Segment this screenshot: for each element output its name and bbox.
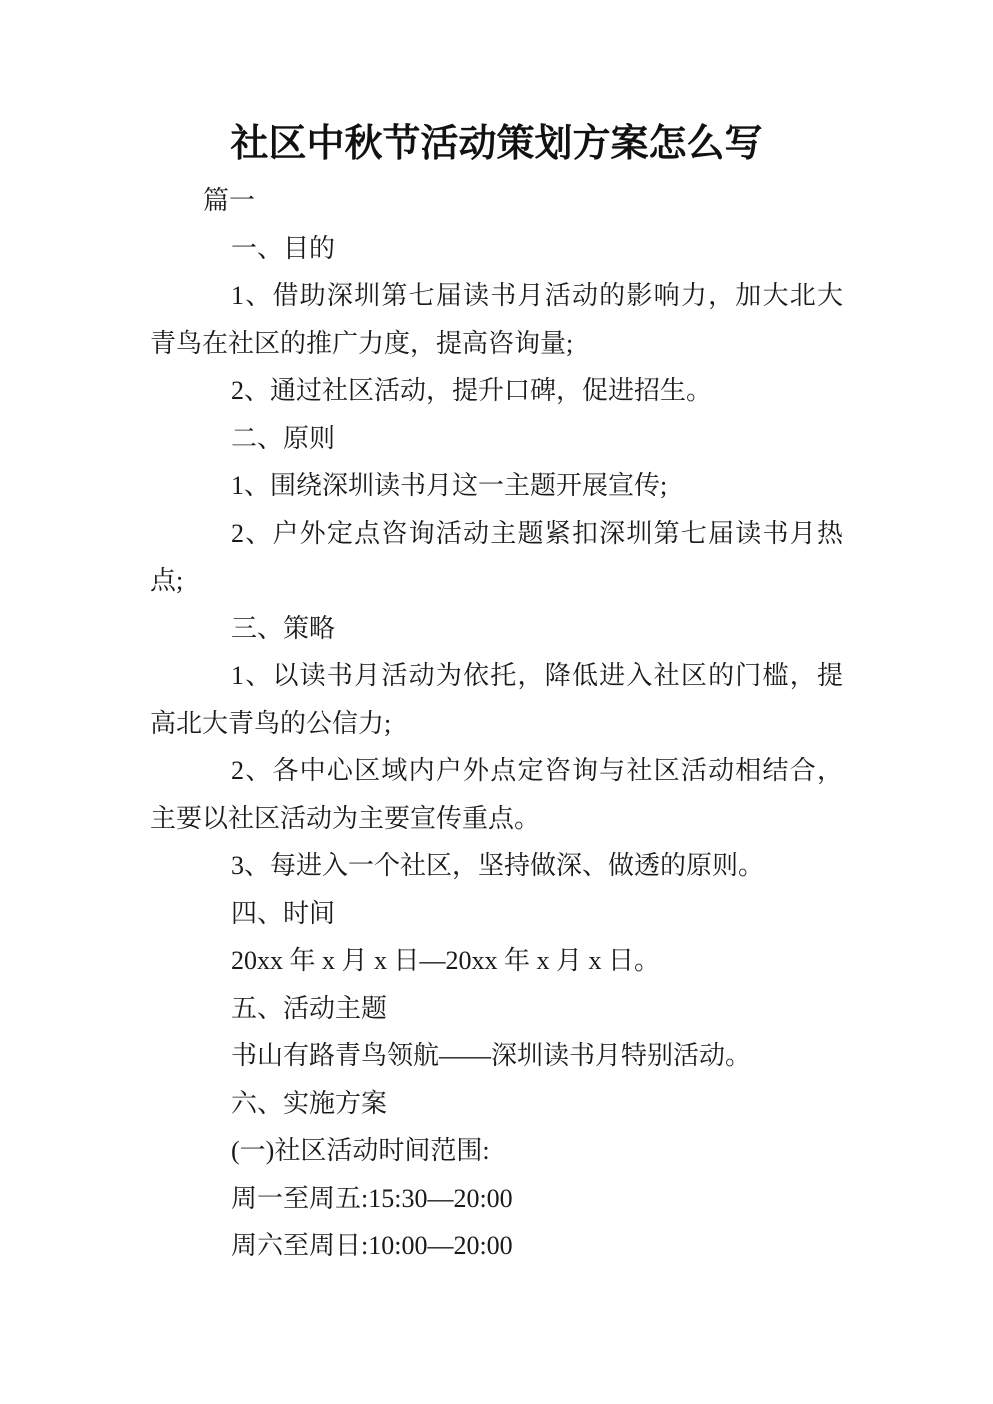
paragraph-line: 五、活动主题 — [150, 985, 843, 1033]
paragraph-line: 三、策略 — [150, 605, 843, 653]
paragraph-line: 点; — [150, 557, 843, 605]
paragraph-line: 书山有路青鸟领航——深圳读书月特别活动。 — [150, 1032, 843, 1080]
paragraph-line: 1、围绕深圳读书月这一主题开展宣传; — [150, 462, 843, 510]
paragraph-line: 2、户外定点咨询活动主题紧扣深圳第七届读书月热 — [150, 510, 843, 558]
paragraph-line: (一)社区活动时间范围: — [150, 1127, 843, 1175]
paragraph-line: 周六至周日:10:00—20:00 — [150, 1222, 843, 1270]
paragraph-line: 周一至周五:15:30—20:00 — [150, 1175, 843, 1223]
paragraph-line: 篇一 — [150, 177, 843, 225]
paragraph-line: 六、实施方案 — [150, 1080, 843, 1128]
document-body: 篇一一、目的1、借助深圳第七届读书月活动的影响力，加大北大青鸟在社区的推广力度，… — [150, 177, 843, 1270]
paragraph-line: 1、以读书月活动为依托，降低进入社区的门槛，提 — [150, 652, 843, 700]
document-page: 社区中秋节活动策划方案怎么写 篇一一、目的1、借助深圳第七届读书月活动的影响力，… — [0, 0, 993, 1404]
paragraph-line: 四、时间 — [150, 890, 843, 938]
paragraph-line: 高北大青鸟的公信力; — [150, 700, 843, 748]
paragraph-line: 3、每进入一个社区，坚持做深、做透的原则。 — [150, 842, 843, 890]
paragraph-line: 2、各中心区域内户外点定咨询与社区活动相结合， — [150, 747, 843, 795]
paragraph-line: 1、借助深圳第七届读书月活动的影响力，加大北大 — [150, 272, 843, 320]
paragraph-line: 二、原则 — [150, 415, 843, 463]
paragraph-line: 一、目的 — [150, 225, 843, 273]
paragraph-line: 20xx 年 x 月 x 日—20xx 年 x 月 x 日。 — [150, 937, 843, 985]
document-title: 社区中秋节活动策划方案怎么写 — [0, 118, 993, 170]
paragraph-line: 2、通过社区活动，提升口碑，促进招生。 — [150, 367, 843, 415]
paragraph-line: 主要以社区活动为主要宣传重点。 — [150, 795, 843, 843]
paragraph-line: 青鸟在社区的推广力度，提高咨询量; — [150, 320, 843, 368]
